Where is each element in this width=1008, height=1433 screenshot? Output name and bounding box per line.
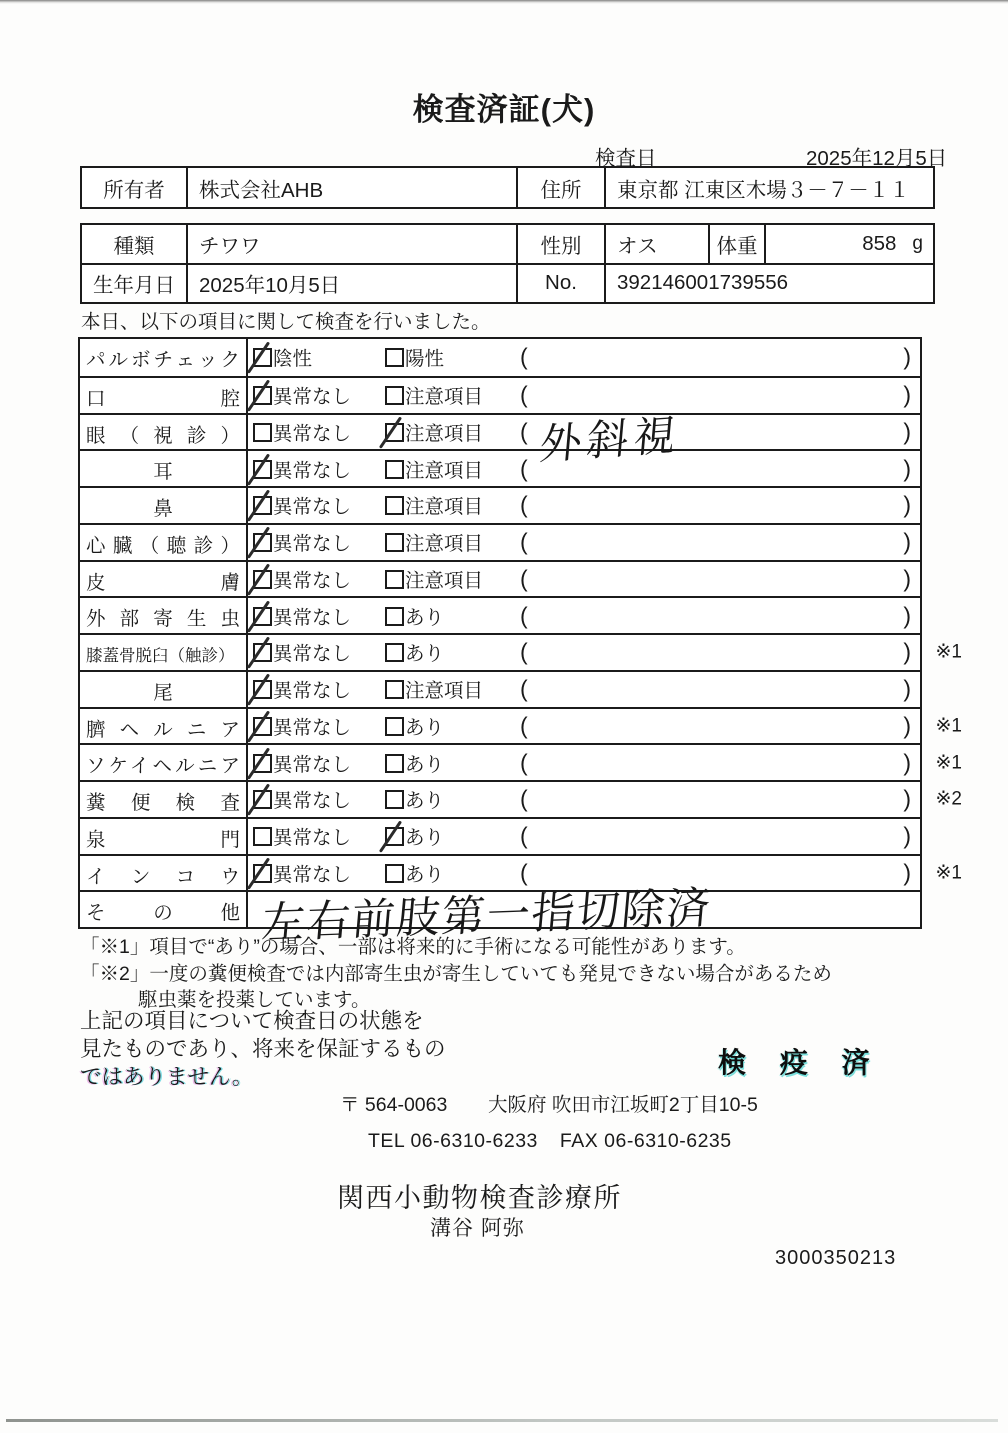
handwritten-check-mark (247, 342, 270, 374)
option-1: 異常なし (253, 749, 351, 777)
option-1: 異常なし (253, 638, 351, 666)
checkbox-checked (385, 827, 404, 846)
handwritten-check-mark (379, 821, 402, 853)
option-2: あり (385, 822, 444, 850)
handwritten-check-mark (247, 710, 270, 742)
scan-edge-artifact-top (0, 0, 1008, 4)
option-1-label: 異常なし (273, 827, 351, 849)
checkbox-checked (253, 570, 272, 589)
disclaimer-line-3: ではありません。 (80, 1063, 446, 1091)
option-2-label: 注意項目 (405, 570, 483, 592)
address-label: 住所 (516, 168, 604, 207)
owner-name: 株式会社AHB (186, 168, 516, 207)
paren-open: ( (520, 492, 528, 519)
option-2-label: あり (405, 864, 444, 886)
option-2-label: 注意項目 (405, 533, 483, 555)
option-2: 注意項目 (385, 418, 483, 446)
checkbox-checked (253, 533, 272, 552)
checklist-row-label: 膝蓋骨脱臼（触診） (80, 635, 248, 670)
checklist-row: 耳異常なし注意項目() (80, 449, 920, 486)
checklist-row-options: 異常なし注意項目() (248, 562, 920, 597)
option-1-label: 異常なし (273, 496, 351, 518)
paren-open: ( (520, 382, 528, 409)
option-1-label: 異常なし (273, 533, 351, 555)
checklist-row: 泉門異常なしあり() (80, 817, 920, 854)
option-1: 異常なし (253, 602, 351, 630)
paren-close: ) (903, 565, 911, 592)
reference-mark: ※1 (936, 751, 963, 774)
option-1-label: 異常なし (273, 680, 351, 702)
checklist-row-label: ソケイヘルニア (80, 745, 248, 780)
checkbox-unchecked (385, 643, 404, 662)
checklist-row-options: 異常なしあり() (248, 598, 920, 633)
serial-number: 3000350213 (775, 1247, 896, 1270)
option-2: 注意項目 (385, 528, 483, 556)
checkbox-checked (253, 348, 272, 367)
paren-close: ) (903, 639, 911, 666)
checkbox-unchecked (385, 680, 404, 699)
handwritten-check-mark (247, 600, 270, 632)
checklist-row: その他左右前肢第一指切除済 (80, 890, 920, 927)
checklist-row-label: 尾 (80, 672, 248, 707)
checklist-row-label: 泉門 (80, 819, 248, 854)
disclaimer-line-2: 見たものであり、将来を保証するもの (80, 1035, 446, 1063)
checklist-row: 尾異常なし注意項目() (80, 670, 920, 707)
option-2: あり (385, 749, 444, 777)
option-1: 異常なし (253, 455, 351, 483)
weight-label: 体重 (708, 225, 764, 263)
breed-label: 種類 (82, 225, 186, 263)
disclaimer-paragraph: 上記の項目について検査日の状態を 見たものであり、将来を保証するもの ではありま… (80, 1007, 446, 1091)
checklist-row: 鼻異常なし注意項目() (80, 486, 920, 523)
paren-open: ( (520, 712, 528, 739)
checklist-row: 皮膚異常なし注意項目() (80, 560, 920, 597)
handwritten-check-mark (247, 674, 270, 706)
checklist-row-label: 口腔 (80, 378, 248, 413)
checklist-table: パルボチェック陰性陽性()口腔異常なし注意項目()眼（視診）異常なし注意項目()… (78, 337, 922, 929)
handwritten-check-mark (247, 857, 270, 889)
scan-edge-artifact-bottom (6, 1419, 998, 1422)
handwritten-check-mark (247, 747, 270, 779)
checkbox-checked (253, 607, 272, 626)
option-2-label: 陽性 (405, 348, 444, 370)
reference-mark: ※1 (936, 714, 963, 737)
paren-open: ( (520, 418, 528, 445)
paren-close: ) (903, 749, 911, 776)
option-1-label: 異常なし (273, 643, 351, 665)
no-value: 392146001739556 (604, 265, 933, 303)
checkbox-checked (253, 790, 272, 809)
option-2-label: あり (405, 643, 444, 665)
sex-value: オス (604, 225, 708, 263)
option-2-label: 注意項目 (405, 680, 483, 702)
option-1-label: 異常なし (273, 607, 351, 629)
clinic-tel: TEL 06-6310-6233 (368, 1130, 538, 1152)
paren-open: ( (520, 823, 528, 850)
option-1-label: 異常なし (273, 790, 351, 812)
checklist-row: 膝蓋骨脱臼（触診）異常なしあり()※1 (80, 633, 920, 670)
option-1: 異常なし (253, 822, 351, 850)
weight-value-cell: 858 g (764, 225, 933, 263)
paren-close: ) (903, 529, 911, 556)
paren-close: ) (903, 712, 911, 739)
paren-close: ) (903, 382, 911, 409)
clinic-tel-fax: TEL 06-6310-6233FAX 06-6310-6235 (368, 1130, 732, 1153)
handwritten-check-mark (247, 563, 270, 595)
option-1-label: 異常なし (273, 864, 351, 886)
quarantine-stamp: 検 疫 済 (718, 1041, 883, 1081)
checklist-row: 眼（視診）異常なし注意項目()外斜視 (80, 413, 920, 450)
checklist-row: 臍ヘルニア異常なしあり()※1 (80, 707, 920, 744)
paren-open: ( (520, 786, 528, 813)
checkbox-unchecked (385, 533, 404, 552)
reference-mark: ※2 (936, 788, 963, 811)
checkbox-unchecked (385, 496, 404, 515)
handwritten-check-mark (379, 416, 402, 448)
checklist-row: 心臓（聴診）異常なし注意項目() (80, 523, 920, 560)
option-1: 異常なし (253, 712, 351, 740)
option-2-label: あり (405, 607, 444, 629)
option-1: 異常なし (253, 785, 351, 813)
checkbox-unchecked (385, 717, 404, 736)
paren-close: ) (903, 418, 911, 445)
breed-value: チワワ (186, 225, 516, 263)
clinic-name: 関西小動物検査診療所 (337, 1176, 622, 1215)
paren-close: ) (903, 859, 911, 886)
option-1: 陰性 (253, 343, 312, 371)
handwritten-check-mark (247, 637, 270, 669)
checkbox-checked (253, 717, 272, 736)
handwritten-check-mark (247, 490, 270, 522)
checklist-row-label: 耳 (80, 451, 248, 486)
option-2-label: あり (405, 827, 444, 849)
option-2-label: 注意項目 (405, 386, 483, 408)
clinic-postal-code: 〒 564-0063 (340, 1089, 447, 1117)
checklist-row-label: 心臓（聴診） (80, 525, 248, 560)
handwritten-check-mark (247, 453, 270, 485)
option-1-label: 異常なし (273, 386, 351, 408)
intro-text: 本日、以下の項目に関して検査を行いました。 (81, 306, 491, 334)
option-1: 異常なし (253, 491, 351, 519)
option-2: あり (385, 638, 444, 666)
checkbox-unchecked (385, 790, 404, 809)
checklist-row-options: 左右前肢第一指切除済 (248, 892, 920, 927)
weight-value: 858 (862, 232, 896, 256)
paren-open: ( (520, 749, 528, 776)
option-2-label: 注意項目 (405, 460, 483, 482)
pet-table-row-2: 生年月日 2025年10月5日 No. 392146001739556 (82, 263, 933, 303)
checkbox-checked (253, 643, 272, 662)
checklist-row: 口腔異常なし注意項目() (80, 376, 920, 413)
checkbox-unchecked (253, 827, 272, 846)
paren-open: ( (520, 529, 528, 556)
checkbox-checked (253, 496, 272, 515)
reference-mark: ※1 (936, 641, 963, 664)
option-1-label: 異常なし (273, 423, 351, 445)
handwritten-note: 外斜視 (538, 401, 684, 471)
footnote-2-line1: 「※2」一度の糞便検査では内部寄生虫が寄生していても発見できない場合があるため (80, 958, 832, 986)
checkbox-unchecked (385, 460, 404, 479)
checklist-row-options: 陰性陽性() (248, 339, 920, 376)
checklist-row-options: 異常なしあり()※2 (248, 782, 920, 817)
option-2: あり (385, 602, 444, 630)
paren-close: ) (903, 492, 911, 519)
option-2: あり (385, 712, 444, 740)
checklist-row: 糞便検査異常なしあり()※2 (80, 780, 920, 817)
page-title: 検査済証(犬) (0, 84, 1008, 129)
checkbox-checked (253, 680, 272, 699)
paren-open: ( (520, 455, 528, 482)
option-1: 異常なし (253, 418, 351, 446)
paren-close: ) (903, 786, 911, 813)
checklist-row-label: 眼（視診） (80, 415, 248, 450)
checkbox-unchecked (253, 423, 272, 442)
checklist-row-options: 異常なしあり()※1 (248, 745, 920, 780)
checkbox-unchecked (385, 570, 404, 589)
checklist-row-options: 異常なし注意項目() (248, 378, 920, 413)
checkbox-unchecked (385, 607, 404, 626)
checklist-row-options: 異常なしあり() (248, 819, 920, 854)
handwritten-check-mark (247, 527, 270, 559)
checklist-row-options: 異常なし注意項目() (248, 525, 920, 560)
checklist-row-label: その他 (80, 892, 248, 927)
birth-label: 生年月日 (82, 265, 186, 303)
checklist-row-options: 異常なしあり()※1 (248, 635, 920, 670)
checklist-row-label: 皮膚 (80, 562, 248, 597)
option-1-label: 陰性 (273, 348, 312, 370)
option-2: 注意項目 (385, 455, 483, 483)
option-2: あり (385, 785, 444, 813)
paren-open: ( (520, 602, 528, 629)
checkbox-unchecked (385, 386, 404, 405)
option-1-label: 異常なし (273, 754, 351, 776)
checkbox-checked (385, 423, 404, 442)
checklist-row-label: 臍ヘルニア (80, 709, 248, 744)
option-2-label: あり (405, 790, 444, 812)
disclaimer-line-1: 上記の項目について検査日の状態を (80, 1007, 446, 1035)
checkbox-unchecked (385, 348, 404, 367)
option-2-label: あり (405, 717, 444, 739)
option-2: 注意項目 (385, 565, 483, 593)
checkbox-checked (253, 864, 272, 883)
scanned-certificate-page: 検査済証(犬) 検査日 2025年12月5日 所有者 株式会社AHB 住所 東京… (0, 0, 1008, 1433)
checklist-row-options: 異常なし注意項目() (248, 488, 920, 523)
owner-label: 所有者 (82, 168, 186, 207)
checkbox-unchecked (385, 754, 404, 773)
checklist-row: パルボチェック陰性陽性() (80, 339, 920, 376)
paren-close: ) (903, 823, 911, 850)
option-1-label: 異常なし (273, 570, 351, 592)
checkbox-checked (253, 754, 272, 773)
clinic-address: 大阪府 吹田市江坂町2丁目10-5 (488, 1089, 758, 1117)
option-2: 注意項目 (385, 491, 483, 519)
checklist-row-label: パルボチェック (80, 339, 248, 376)
reference-mark: ※1 (936, 861, 963, 884)
option-1: 異常なし (253, 528, 351, 556)
weight-unit: g (912, 233, 923, 255)
paren-open: ( (520, 676, 528, 703)
pet-table-row-1: 種類 チワワ 性別 オス 体重 858 g (82, 225, 933, 263)
sex-label: 性別 (516, 225, 604, 263)
option-1-label: 異常なし (273, 717, 351, 739)
paren-open: ( (520, 639, 528, 666)
option-1: 異常なし (253, 859, 351, 887)
checkbox-checked (253, 460, 272, 479)
checklist-row-label: 外部寄生虫 (80, 598, 248, 633)
option-1-label: 異常なし (273, 460, 351, 482)
option-1: 異常なし (253, 675, 351, 703)
checklist-row: 外部寄生虫異常なしあり() (80, 596, 920, 633)
clinic-fax: FAX 06-6310-6235 (560, 1130, 732, 1152)
checklist-row-label: インコウ (80, 856, 248, 891)
paren-open: ( (520, 565, 528, 592)
checklist-row: ソケイヘルニア異常なしあり()※1 (80, 743, 920, 780)
checklist-row-options: 異常なし注意項目() (248, 672, 920, 707)
option-1: 異常なし (253, 565, 351, 593)
checklist-row-options: 異常なしあり()※1 (248, 709, 920, 744)
owner-address: 東京都 江東区木場３－７－１１ (604, 168, 933, 207)
option-2: 注意項目 (385, 675, 483, 703)
paren-close: ) (903, 676, 911, 703)
option-2: あり (385, 859, 444, 887)
no-label: No. (516, 265, 604, 303)
checklist-row-label: 糞便検査 (80, 782, 248, 817)
checkbox-unchecked (385, 864, 404, 883)
paren-close: ) (903, 455, 911, 482)
paren-close: ) (903, 344, 911, 371)
option-1: 異常なし (253, 381, 351, 409)
option-2-label: あり (405, 754, 444, 776)
option-2: 陽性 (385, 343, 444, 371)
pet-table: 種類 チワワ 性別 オス 体重 858 g 生年月日 2025年10月5日 No… (80, 223, 935, 304)
handwritten-check-mark (247, 380, 270, 412)
veterinarian-name: 溝谷 阿弥 (430, 1212, 525, 1242)
paren-open: ( (520, 344, 528, 371)
option-2-label: 注意項目 (405, 496, 483, 518)
owner-table: 所有者 株式会社AHB 住所 東京都 江東区木場３－７－１１ (80, 166, 935, 209)
paren-close: ) (903, 602, 911, 629)
birth-value: 2025年10月5日 (186, 265, 516, 303)
checklist-row-label: 鼻 (80, 488, 248, 523)
checklist-row-options: 異常なし注意項目()外斜視 (248, 415, 920, 450)
handwritten-check-mark (247, 784, 270, 816)
option-2: 注意項目 (385, 381, 483, 409)
checkbox-checked (253, 386, 272, 405)
option-2-label: 注意項目 (405, 423, 483, 445)
